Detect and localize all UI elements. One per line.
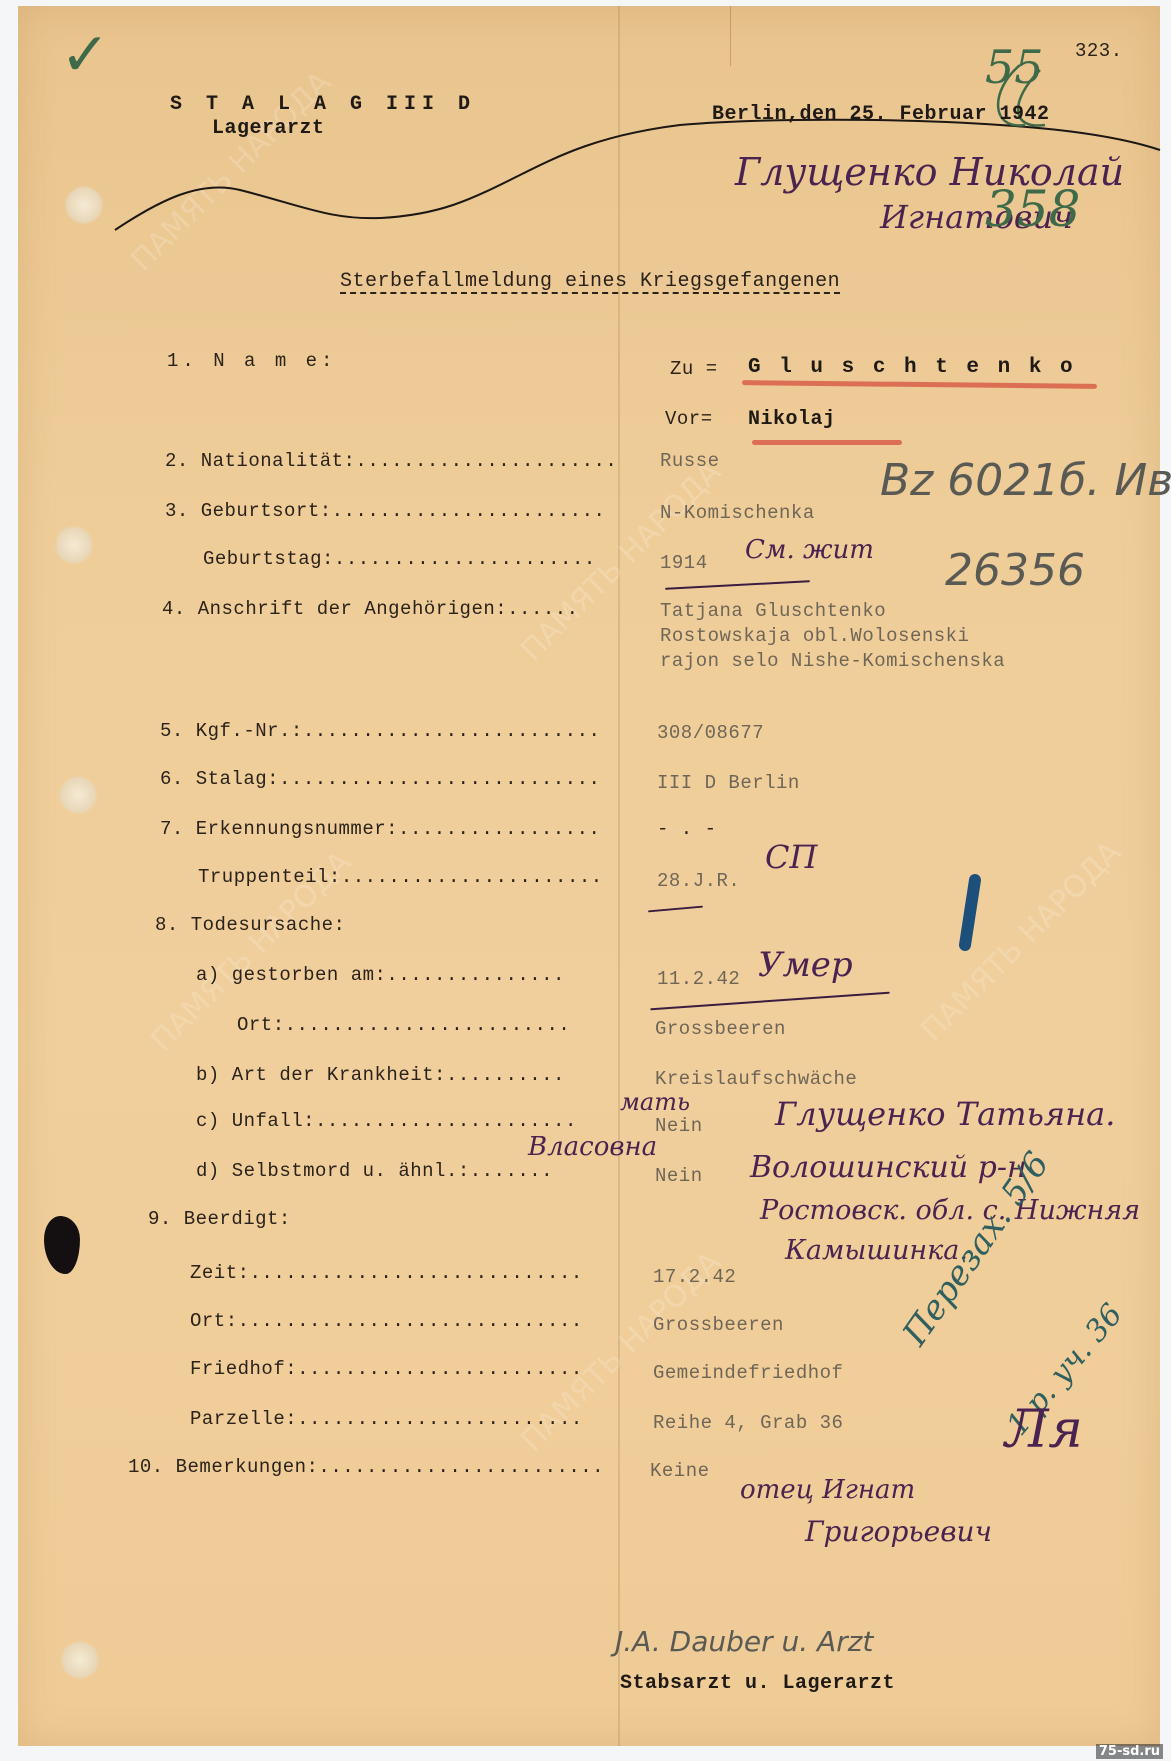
handwritten-pencil-ref: Bz 6021б. Ив <box>880 455 1171 506</box>
surname-value: G l u s c h t e n k o <box>748 356 1076 379</box>
surname-prefix: Zu = <box>670 358 718 380</box>
address-line-1: Tatjana Gluschtenko <box>660 600 886 622</box>
handwritten-mother-patronymic: Власовна <box>528 1132 657 1162</box>
field-label-burial-place: Ort:............................. <box>190 1310 583 1332</box>
field-label-relatives-address: 4. Anschrift der Angehörigen:...... <box>162 598 579 620</box>
handwritten-unit-note: СП <box>765 838 817 876</box>
address-line-3: rajon selo Nishe-Komischenska <box>660 650 1005 672</box>
field-label-buried: 9. Beerdigt: <box>148 1208 291 1230</box>
field-label-id-number: 7. Erkennungsnummer:................. <box>160 818 600 840</box>
handwritten-mother-name: Глущенко Татьяна. <box>775 1095 1115 1133</box>
check-mark-icon: ✓ <box>60 20 110 90</box>
field-value-id-number: - . - <box>657 818 717 840</box>
field-value-death-place: Grossbeeren <box>655 1018 786 1040</box>
field-label-nationality: 2. Nationalität:...................... <box>165 450 617 472</box>
site-label: 75-sd.ru <box>1096 1744 1163 1759</box>
field-value-accident: Nein <box>655 1115 703 1137</box>
field-label-stalag: 6. Stalag:........................... <box>160 768 600 790</box>
blue-pencil-mark <box>965 880 975 945</box>
field-value-illness: Kreislaufschwäche <box>655 1068 857 1090</box>
handwritten-death-note: Умер <box>758 945 853 985</box>
field-value-plot: Reihe 4, Grab 36 <box>653 1412 843 1434</box>
handwritten-father-line1: отец Игнат <box>740 1475 915 1505</box>
address-line-2: Rostowskaja obl.Wolosenski <box>660 625 969 647</box>
field-label-death-place: Ort:........................ <box>237 1014 570 1036</box>
firstname-value: Nikolaj <box>748 408 836 431</box>
field-label-birthplace: 3. Geburtsort:....................... <box>165 500 605 522</box>
field-value-died-on: 11.2.42 <box>657 968 740 990</box>
field-label-plot: Parzelle:........................ <box>190 1408 583 1430</box>
field-label-unit: Truppenteil:...................... <box>198 866 603 888</box>
field-label-cemetery: Friedhof:........................ <box>190 1358 583 1380</box>
field-label-burial-time: Zeit:............................ <box>190 1262 583 1284</box>
handwritten-signature: J.A. Dauber u. Arzt <box>615 1625 873 1658</box>
field-label-pow-number: 5. Kgf.-Nr.:......................... <box>160 720 600 742</box>
handwritten-mother-label: мать <box>620 1088 690 1116</box>
firstname-prefix: Vor= <box>665 408 713 430</box>
handwritten-father-line2: Григорьевич <box>805 1515 992 1548</box>
field-value-unit: 28.J.R. <box>657 870 740 892</box>
field-value-burial-place: Grossbeeren <box>653 1314 784 1336</box>
field-value-birthplace: N-Komischenka <box>660 502 815 524</box>
field-label-accident: c) Unfall:...................... <box>196 1110 577 1132</box>
header-org: S T A L A G III D <box>170 93 476 116</box>
handwritten-address-ru-2: Ростовск. обл. с. Нижняя <box>760 1195 1140 1226</box>
handwritten-address-ru-3: Камышинка. <box>785 1235 968 1266</box>
handwritten-pencil-number: 26356 <box>945 545 1085 596</box>
field-value-pow-number: 308/08677 <box>657 722 764 744</box>
signature-title: Stabsarzt u. Lagerarzt <box>620 1672 895 1695</box>
field-value-cemetery: Gemeindefriedhof <box>653 1362 843 1384</box>
page-number: 323. <box>1075 40 1123 62</box>
handwritten-358: 358 <box>985 180 1080 238</box>
field-label-suicide: d) Selbstmord u. ähnl.:....... <box>196 1160 553 1182</box>
handwritten-birth-note: См. жит <box>745 535 874 565</box>
handwritten-55: 55 <box>985 40 1044 94</box>
field-value-nationality: Russe <box>660 450 720 472</box>
handwritten-address-ru-1: Волошинский р-н <box>750 1150 1027 1185</box>
header-place-date: Berlin,den 25. Februar 1942 <box>712 103 1050 126</box>
field-value-stalag: III D Berlin <box>657 772 800 794</box>
red-underline <box>752 440 902 445</box>
field-label-cause-of-death: 8. Todesursache: <box>155 914 345 936</box>
field-label-remarks: 10. Bemerkungen:........................ <box>128 1456 604 1478</box>
page-title: Sterbefallmeldung eines Kriegsgefangenen <box>340 270 840 293</box>
field-label-died-on: a) gestorben am:............... <box>196 964 565 986</box>
field-value-remarks: Keine <box>650 1460 710 1482</box>
field-label-birthdate: Geburtstag:...................... <box>203 548 596 570</box>
field-value-suicide: Nein <box>655 1165 703 1187</box>
field-label-illness: b) Art der Krankheit:.......... <box>196 1064 565 1086</box>
field-label-name: 1. N a m e: <box>167 350 336 372</box>
field-value-birthdate: 1914 <box>660 552 708 574</box>
field-value-burial-time: 17.2.42 <box>653 1266 736 1288</box>
handwritten-initials: Ля <box>1005 1400 1083 1460</box>
header-dept: Lagerarzt <box>212 117 325 140</box>
